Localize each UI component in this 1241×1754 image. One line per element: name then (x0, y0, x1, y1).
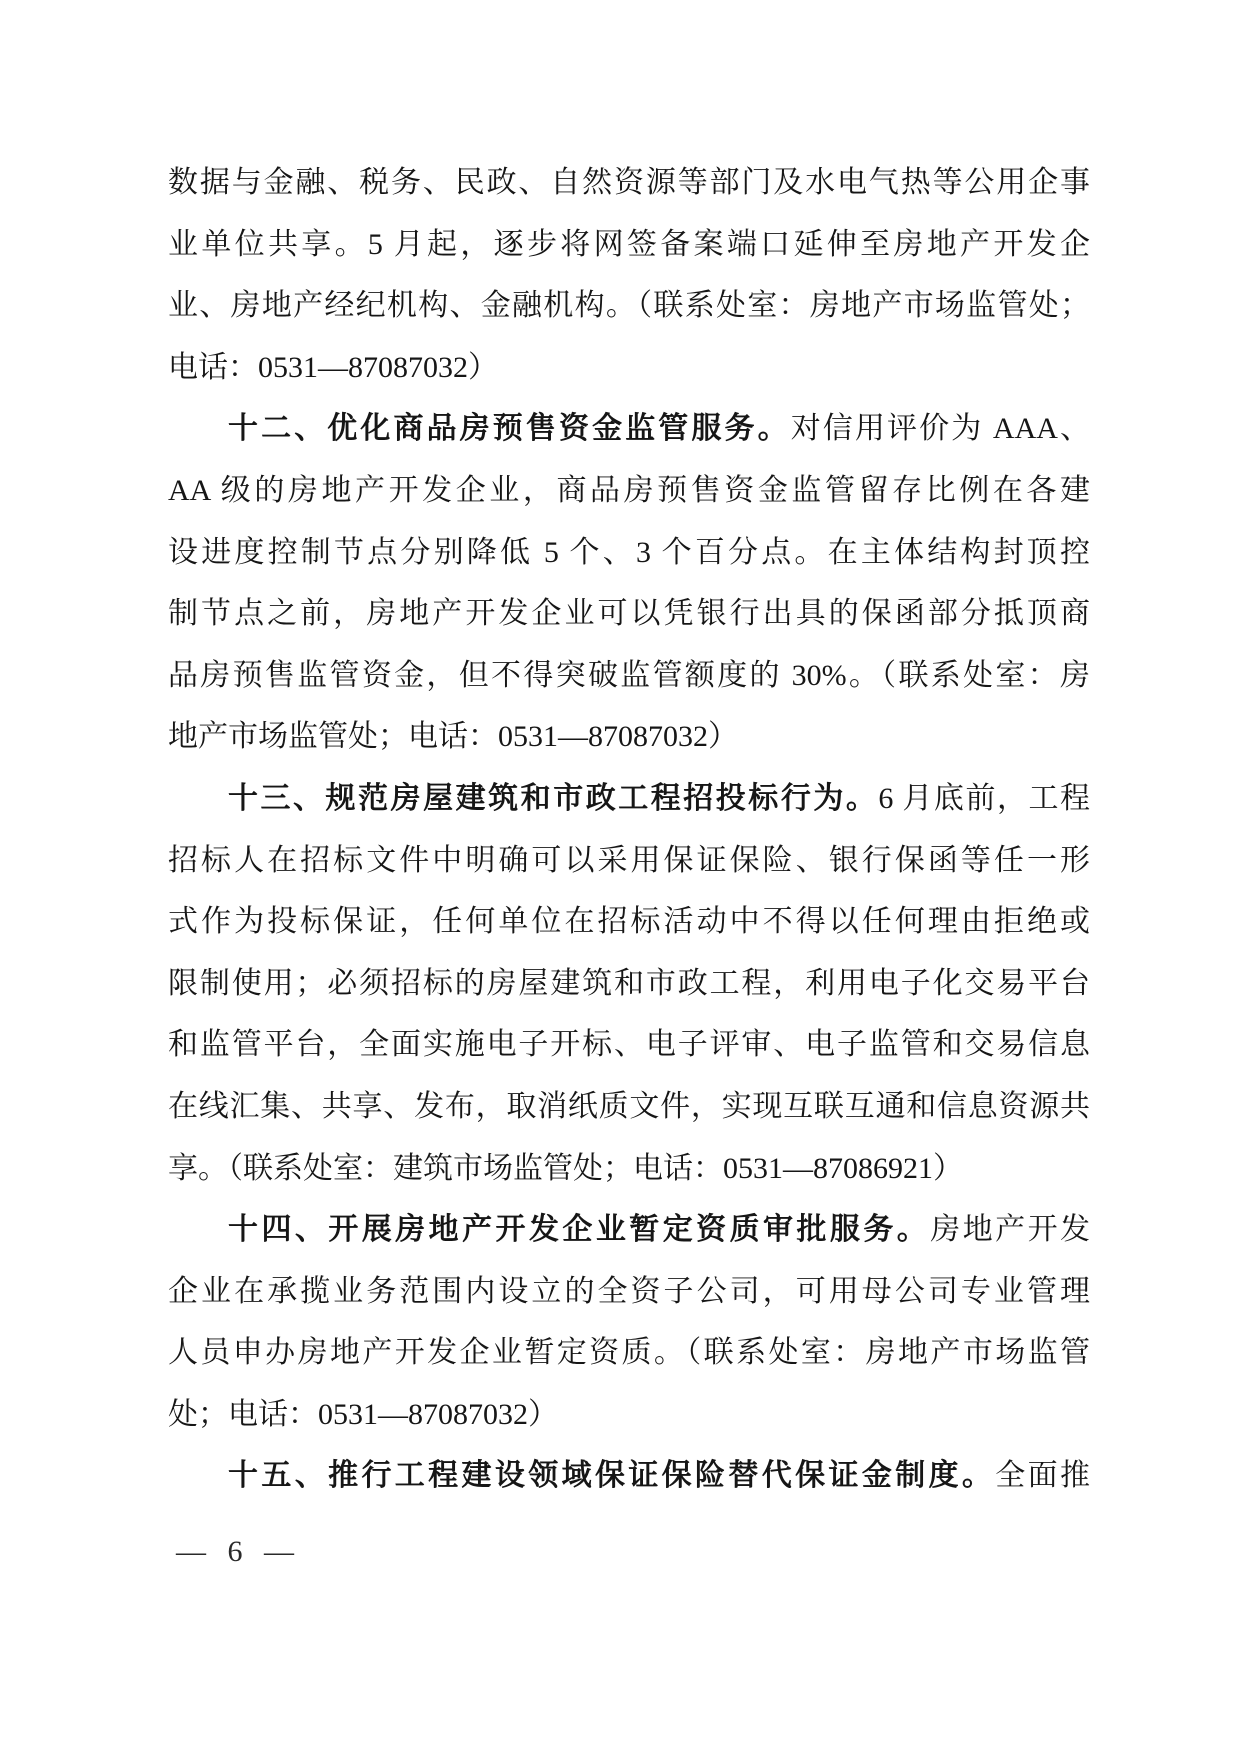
text-line: 十四、开展房地产开发企业暂定资质审批服务。房地产开发 (168, 1199, 1090, 1261)
line-text: 在线汇集、共享、发布，取消纸质文件，实现互联互通和信息资源共 (168, 1090, 1090, 1123)
line-text: 人员申办房地产开发企业暂定资质。（联系处室：房地产市场监管 (168, 1336, 1090, 1369)
text-line: 电话：0531—87087032） (168, 337, 1090, 399)
text-block: 数据与金融、税务、民政、自然资源等部门及水电气热等公用企事业单位共享。5 月起，… (168, 152, 1090, 1507)
text-line: 处；电话：0531—87087032） (168, 1384, 1090, 1446)
text-line: 十五、推行工程建设领域保证保险替代保证金制度。全面推 (168, 1445, 1090, 1507)
line-text: 企业在承揽业务范围内设立的全资子公司，可用母公司专业管理 (168, 1275, 1090, 1308)
text-line: 人员申办房地产开发企业暂定资质。（联系处室：房地产市场监管 (168, 1322, 1090, 1384)
text-line: 品房预售监管资金，但不得突破监管额度的 30%。（联系处室：房 (168, 645, 1090, 707)
line-text: 全面推 (995, 1459, 1090, 1492)
text-line: 数据与金融、税务、民政、自然资源等部门及水电气热等公用企事 (168, 152, 1090, 214)
text-line: 限制使用；必须招标的房屋建筑和市政工程，利用电子化交易平台 (168, 953, 1090, 1015)
text-line: 业单位共享。5 月起，逐步将网签备案端口延伸至房地产开发企 (168, 214, 1090, 276)
line-text: 对信用评价为 AAA、 (791, 412, 1090, 445)
paragraph: 十五、推行工程建设领域保证保险替代保证金制度。全面推 (168, 1445, 1090, 1507)
text-line: 设进度控制节点分别降低 5 个、3 个百分点。在主体结构封顶控 (168, 522, 1090, 584)
section-heading: 十四、开展房地产开发企业暂定资质审批服务。 (228, 1213, 930, 1246)
text-line: AA 级的房地产开发企业，商品房预售资金监管留存比例在各建 (168, 460, 1090, 522)
text-line: 地产市场监管处；电话：0531—87087032） (168, 706, 1090, 768)
line-text: 品房预售监管资金，但不得突破监管额度的 30%。（联系处室：房 (168, 659, 1090, 692)
line-text: 6 月底前，工程 (878, 782, 1090, 815)
text-line: 享。（联系处室：建筑市场监管处；电话：0531—87086921） (168, 1138, 1090, 1200)
section-heading: 十五、推行工程建设领域保证保险替代保证金制度。 (228, 1459, 995, 1492)
paragraph: 数据与金融、税务、民政、自然资源等部门及水电气热等公用企事业单位共享。5 月起，… (168, 152, 1090, 398)
line-text: 式作为投标保证，任何单位在招标活动中不得以任何理由拒绝或 (168, 905, 1090, 938)
text-line: 制节点之前，房地产开发企业可以凭银行出具的保函部分抵顶商 (168, 583, 1090, 645)
line-text: 享。（联系处室：建筑市场监管处；电话：0531—87086921） (168, 1152, 963, 1185)
line-text: 设进度控制节点分别降低 5 个、3 个百分点。在主体结构封顶控 (168, 536, 1090, 569)
section-heading: 十二、优化商品房预售资金监管服务。 (228, 412, 791, 445)
paragraph: 十二、优化商品房预售资金监管服务。对信用评价为 AAA、AA 级的房地产开发企业… (168, 398, 1090, 768)
text-line: 式作为投标保证，任何单位在招标活动中不得以任何理由拒绝或 (168, 891, 1090, 953)
line-text: 业单位共享。5 月起，逐步将网签备案端口延伸至房地产开发企 (168, 228, 1090, 261)
text-line: 和监管平台，全面实施电子开标、电子评审、电子监管和交易信息 (168, 1014, 1090, 1076)
text-line: 在线汇集、共享、发布，取消纸质文件，实现互联互通和信息资源共 (168, 1076, 1090, 1138)
line-text: 地产市场监管处；电话：0531—87087032） (168, 720, 738, 753)
section-heading: 十三、规范房屋建筑和市政工程招投标行为。 (228, 782, 878, 815)
paragraph: 十三、规范房屋建筑和市政工程招投标行为。6 月底前，工程招标人在招标文件中明确可… (168, 768, 1090, 1199)
line-text: 制节点之前，房地产开发企业可以凭银行出具的保函部分抵顶商 (168, 597, 1090, 630)
line-text: 业、房地产经纪机构、金融机构。（联系处室：房地产市场监管处； (168, 289, 1090, 322)
line-text: 数据与金融、税务、民政、自然资源等部门及水电气热等公用企事 (168, 166, 1090, 199)
text-line: 招标人在招标文件中明确可以采用保证保险、银行保函等任一形 (168, 830, 1090, 892)
text-line: 企业在承揽业务范围内设立的全资子公司，可用母公司专业管理 (168, 1261, 1090, 1323)
document-page: 数据与金融、税务、民政、自然资源等部门及水电气热等公用企事业单位共享。5 月起，… (0, 0, 1241, 1754)
line-text: 和监管平台，全面实施电子开标、电子评审、电子监管和交易信息 (168, 1028, 1090, 1061)
text-line: 业、房地产经纪机构、金融机构。（联系处室：房地产市场监管处； (168, 275, 1090, 337)
line-text: AA 级的房地产开发企业，商品房预售资金监管留存比例在各建 (168, 474, 1090, 507)
line-text: 招标人在招标文件中明确可以采用保证保险、银行保函等任一形 (168, 844, 1090, 877)
page-number: — 6 — (176, 1532, 295, 1572)
line-text: 电话：0531—87087032） (168, 351, 498, 384)
line-text: 房地产开发 (930, 1213, 1090, 1246)
paragraph: 十四、开展房地产开发企业暂定资质审批服务。房地产开发企业在承揽业务范围内设立的全… (168, 1199, 1090, 1445)
line-text: 处；电话：0531—87087032） (168, 1398, 558, 1431)
text-line: 十二、优化商品房预售资金监管服务。对信用评价为 AAA、 (168, 398, 1090, 460)
text-line: 十三、规范房屋建筑和市政工程招投标行为。6 月底前，工程 (168, 768, 1090, 830)
line-text: 限制使用；必须招标的房屋建筑和市政工程，利用电子化交易平台 (168, 967, 1090, 1000)
